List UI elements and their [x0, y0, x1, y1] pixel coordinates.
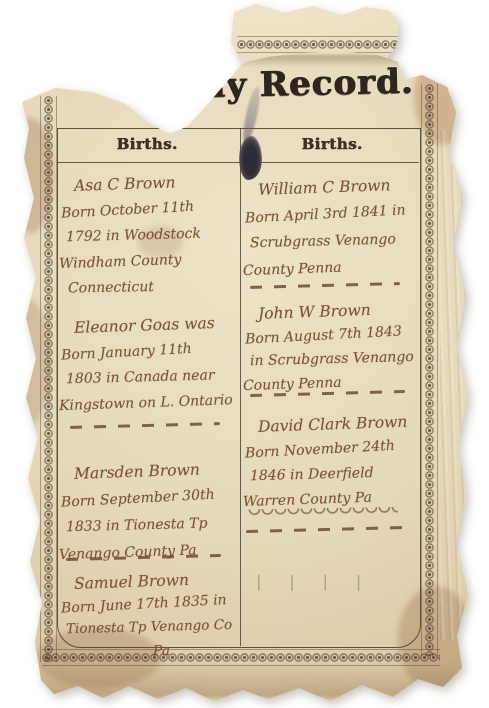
paper-wrinkles	[440, 130, 466, 640]
paper-sheet: ily Record. Births. Births. Asa C Brown …	[0, 0, 489, 708]
births-column-left: Asa C Brown Born October 11th 1792 in Wo…	[58, 0, 240, 708]
birth-entry-samuel-brown: Samuel Brown Born June 17th 1835 in Tion…	[58, 570, 240, 662]
record-line: Tionesta Tp Venango Co	[66, 614, 241, 642]
left-lace-border	[40, 96, 57, 662]
entry-separator-wavy	[248, 507, 398, 517]
birth-entry-john-brown: John W Brown Born August 7th 1843 in Scr…	[242, 299, 422, 395]
birth-entry-asa-brown: Asa C Brown Born October 11th 1792 in Wo…	[58, 170, 240, 300]
pencil-tally-marks: | | | |	[254, 572, 370, 591]
birth-entry-eleanor-goas: Eleanor Goas was Born January 11th 1803 …	[58, 312, 240, 416]
record-line: County Penna	[243, 252, 423, 285]
record-line: Kingstown on L. Ontario	[59, 387, 241, 419]
scanned-family-record-photo: ily Record. Births. Births. Asa C Brown …	[0, 0, 489, 708]
birth-entry-david-brown: David Clark Brown Born November 24th 184…	[242, 412, 422, 512]
right-lace-border	[421, 84, 438, 656]
flap-lace-border	[237, 36, 398, 53]
record-line: Pa	[153, 637, 241, 663]
entry-separator	[70, 422, 220, 429]
record-page: ily Record. Births. Births. Asa C Brown …	[0, 0, 489, 708]
birth-entry-marsden-brown: Marsden Brown Born September 30th 1833 i…	[58, 458, 240, 566]
birth-entry-william-brown: William C Brown Born April 3rd 1841 in S…	[242, 174, 422, 282]
births-column-right: William C Brown Born April 3rd 1841 in S…	[242, 0, 422, 708]
record-line: Venango County Pa	[59, 536, 241, 569]
entry-separator	[246, 526, 406, 533]
record-line: Connecticut	[68, 273, 240, 302]
